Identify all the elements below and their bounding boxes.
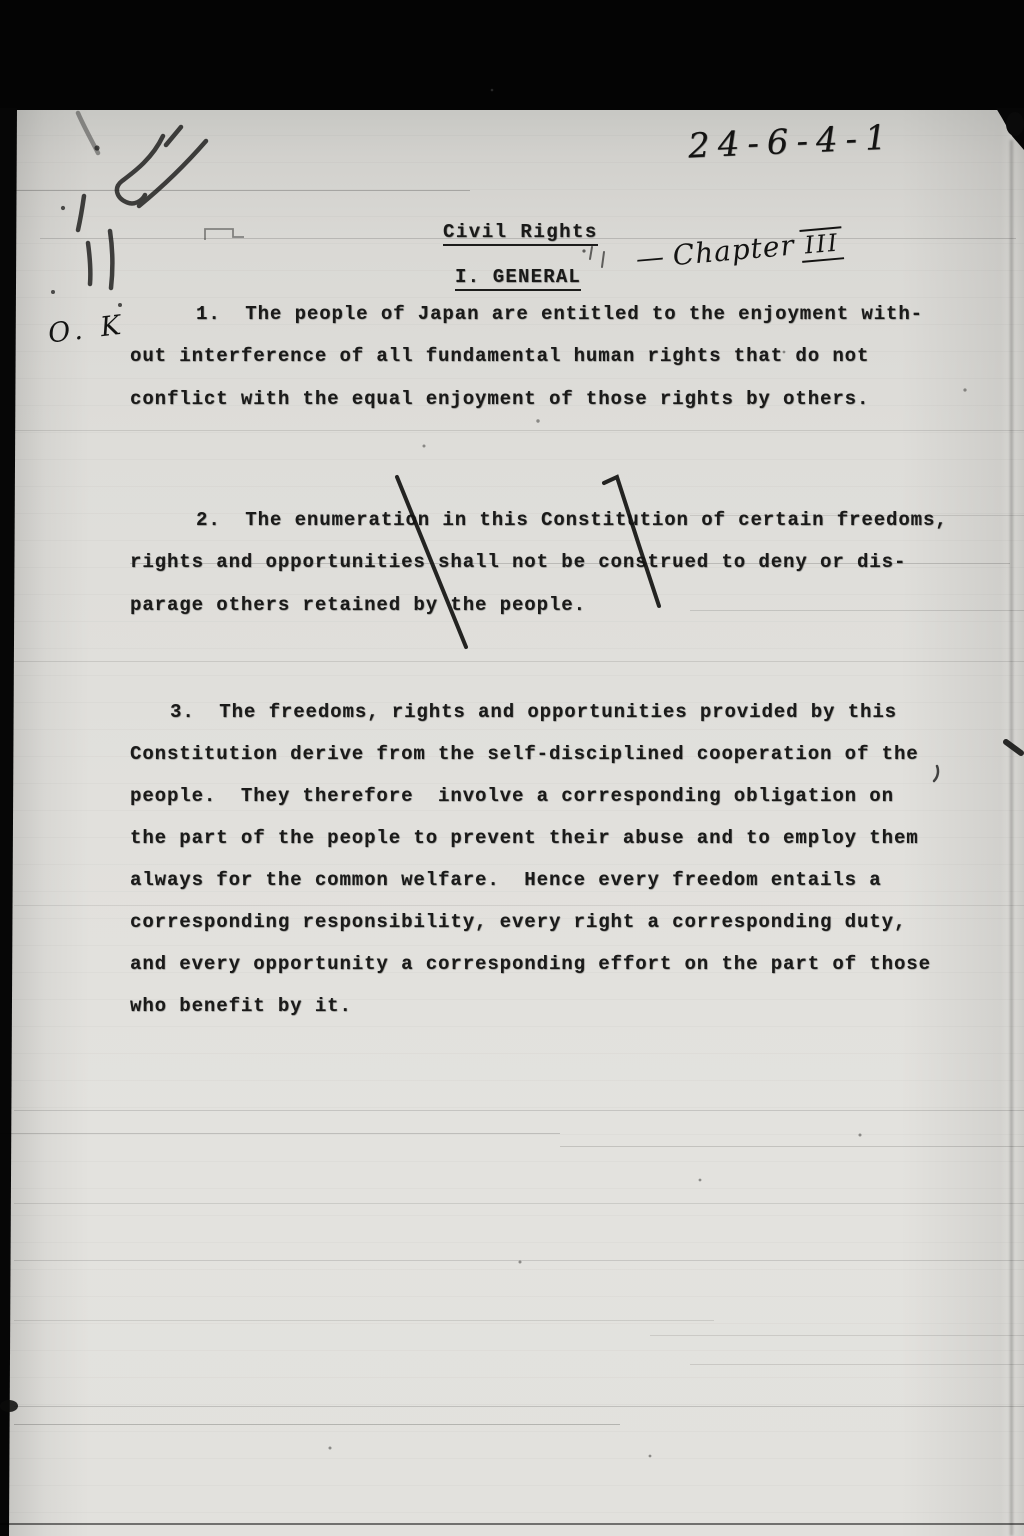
paragraph-2-line: 2. The enumeration in this Constitution … [196, 509, 948, 531]
paragraph-3-line: Constitution derive from the self-discip… [130, 743, 919, 765]
scanned-document-page: 24-6-4-1 Civil Rights —ChapterIII I. GEN… [0, 0, 1024, 1536]
paragraph-2-line: parage others retained by the people. [130, 594, 586, 616]
paragraph-3-line: and every opportunity a corresponding ef… [130, 953, 931, 975]
paragraph-3-line: 3. The freedoms, rights and opportunitie… [170, 701, 897, 723]
paragraph-3-line: corresponding responsibility, every righ… [130, 911, 906, 933]
paragraph-1-line: conflict with the equal enjoyment of tho… [130, 388, 869, 410]
paragraph-3-line: the part of the people to prevent their … [130, 827, 919, 849]
paragraph-2-line: rights and opportunities shall not be co… [130, 551, 906, 573]
page-title: Civil Rights [443, 221, 598, 246]
paragraph-3-line: always for the common welfare. Hence eve… [130, 869, 882, 891]
annotation-chapter-roman: III [799, 226, 844, 263]
paragraph-3-line: who benefit by it. [130, 995, 352, 1017]
paragraph-1-line: 1. The people of Japan are entitled to t… [196, 303, 923, 325]
section-heading: I. GENERAL [455, 266, 581, 291]
paragraph-3-line: people. They therefore involve a corresp… [130, 785, 894, 807]
annotation-dash: — [634, 240, 666, 275]
annotation-chapter-word: Chapter [671, 229, 796, 273]
paragraph-1-line: out interference of all fundamental huma… [130, 345, 869, 367]
page-crease [1010, 140, 1013, 1536]
